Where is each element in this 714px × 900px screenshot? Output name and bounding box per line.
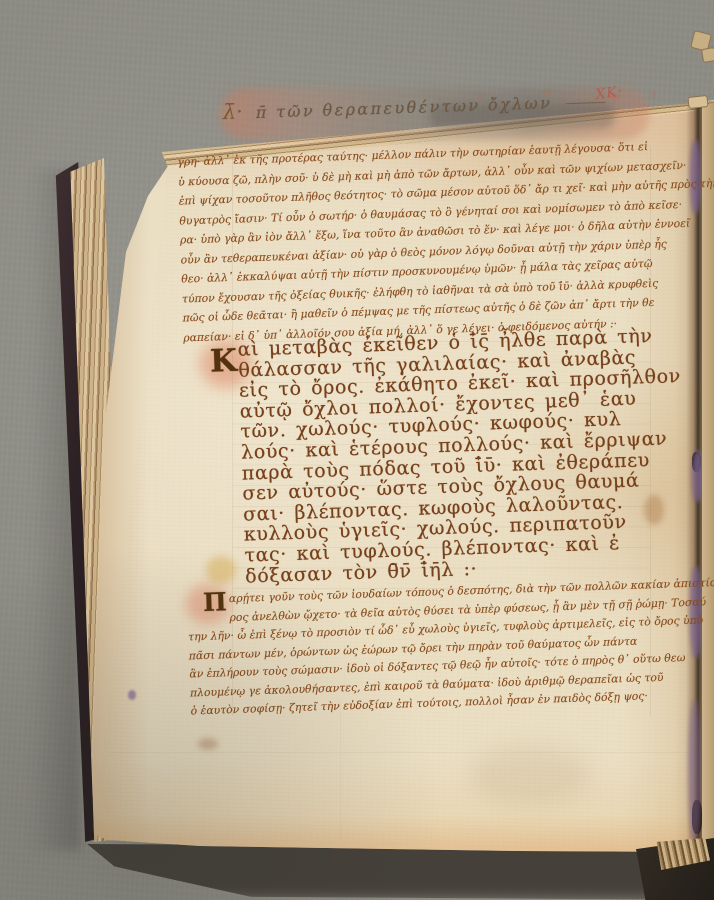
photo-vignette	[0, 0, 714, 900]
manuscript-photo: { "palette": { "backdrop_gray": "#8e8d85…	[0, 0, 714, 900]
